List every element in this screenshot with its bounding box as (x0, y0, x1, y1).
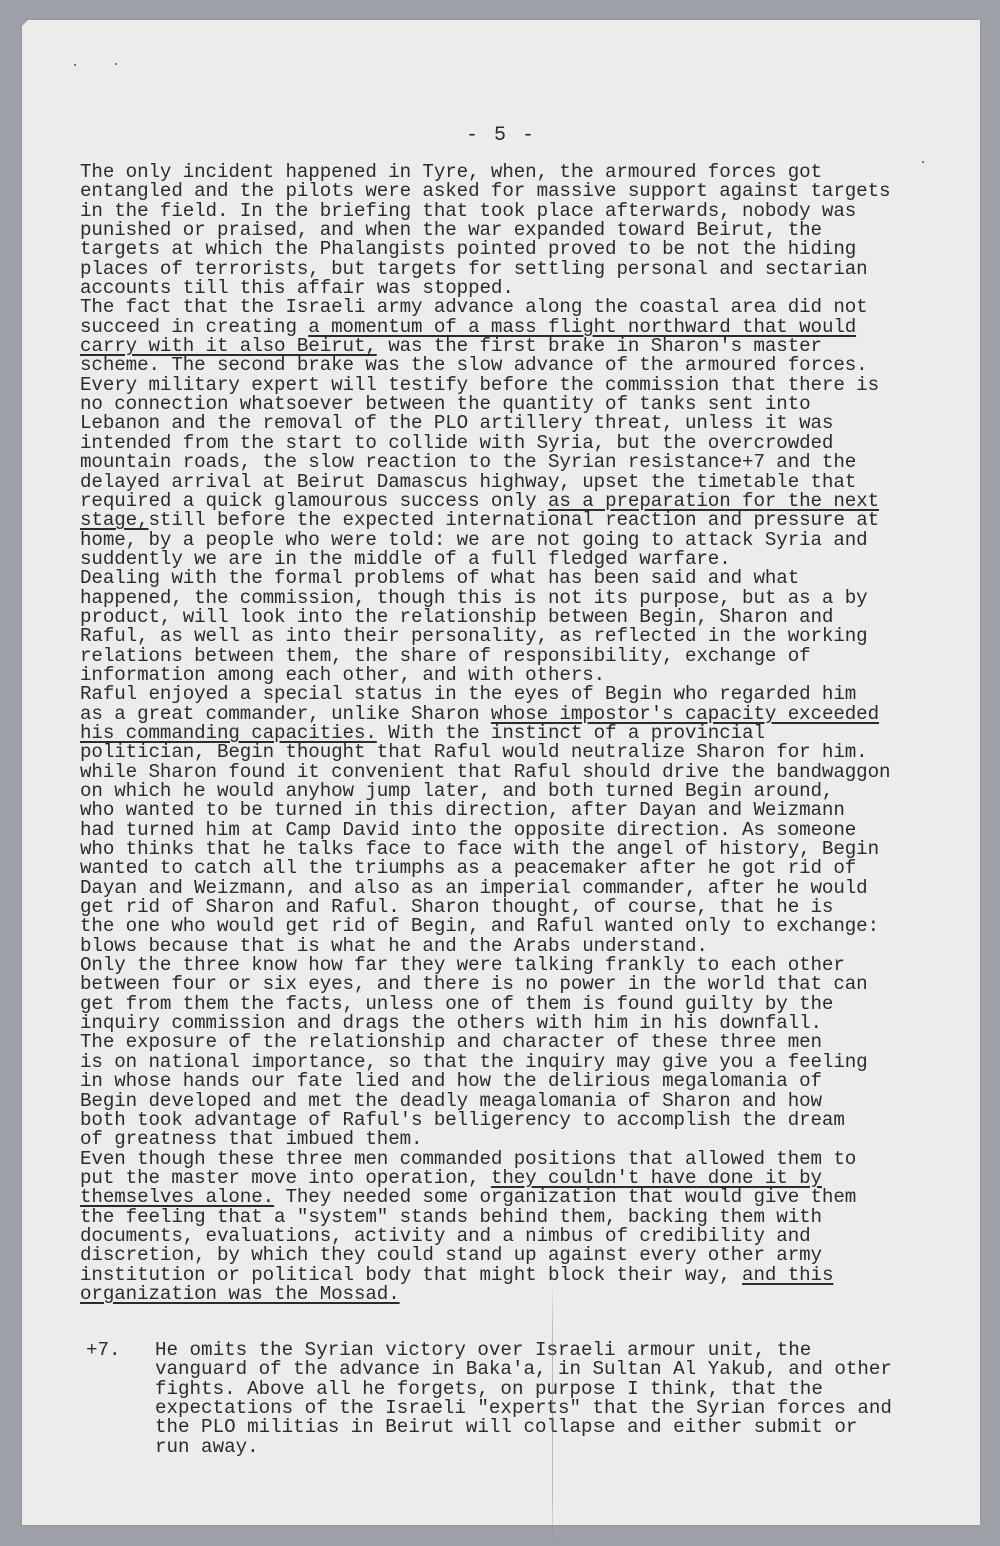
underlined-text: and this (742, 1264, 833, 1286)
document-page: - 5 - The only incident happened in Tyre… (22, 20, 980, 1525)
footnote-line: vanguard of the advance in Baka'a, in Su… (155, 1360, 892, 1379)
page-number: - 5 - (22, 124, 980, 147)
footnote-body: He omits the Syrian victory over Israeli… (155, 1341, 892, 1457)
paper-speck (115, 63, 117, 65)
paper-fold-crease (552, 1280, 553, 1545)
footnote-line: run away. (155, 1438, 892, 1457)
footnote-line: the PLO militias in Beirut will collapse… (155, 1418, 892, 1437)
body-text: The only incident happened in Tyre, when… (80, 163, 960, 1304)
page-corner-fold (22, 20, 28, 26)
footnote-marker: +7. (86, 1341, 121, 1360)
paper-speck (74, 64, 76, 66)
underlined-text: organization was the Mossad. (80, 1283, 400, 1305)
text-line: organization was the Mossad. (80, 1285, 960, 1304)
